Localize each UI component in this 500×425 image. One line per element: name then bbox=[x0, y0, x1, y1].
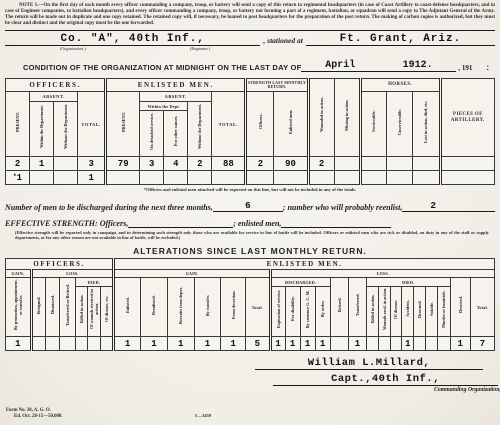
reenlist-count-field: 2 bbox=[402, 200, 495, 212]
col-dismissed: Dismissed. bbox=[45, 278, 59, 337]
cell bbox=[246, 171, 274, 185]
col-strength-officers: Officers. bbox=[246, 92, 274, 157]
form-number: Form No. 30, A. G. O. Ed. Oct. 28-15—50,… bbox=[6, 408, 63, 419]
col-recruits-depot: Recruits from depot. bbox=[167, 278, 194, 337]
cell: 4 bbox=[164, 157, 188, 171]
cell bbox=[437, 337, 450, 351]
col-gain-total: Total. bbox=[245, 278, 270, 337]
cell bbox=[330, 337, 348, 351]
form-number-line1: Form No. 30, A. G. O. bbox=[6, 408, 51, 413]
cell bbox=[88, 337, 101, 351]
cell: 1 bbox=[114, 337, 141, 351]
col-wounded: Wounded in action. bbox=[308, 79, 334, 157]
cell bbox=[101, 337, 114, 351]
cell: 1 bbox=[450, 337, 470, 351]
col-detached-service: On detached service. bbox=[140, 111, 164, 157]
col-officers-present: PRESENT. bbox=[6, 92, 30, 157]
cell bbox=[367, 337, 379, 351]
col-off-wounds: Of wounds received in action. bbox=[88, 287, 101, 337]
alterations-heading: ALTERATIONS SINCE LAST MONTHLY RETURN. bbox=[5, 246, 495, 256]
col-horses-serviceable: Serviceable. bbox=[360, 92, 386, 157]
col-exp-service: Expiration of service. bbox=[270, 287, 285, 337]
effective-strength-label: EFFECTIVE STRENGTH: Officers, bbox=[5, 219, 128, 228]
scanned-form-page: NOTE 1.—On the first day of each month e… bbox=[0, 0, 500, 425]
alt-officers-gain-header: GAIN. bbox=[6, 270, 32, 278]
col-transferred-retired: Transferred or Retired. bbox=[59, 278, 75, 337]
col-horses-lost: Lost in action, died, etc. bbox=[412, 92, 440, 157]
col-by-transfer: By transfer. bbox=[194, 278, 221, 337]
cell: *1 bbox=[6, 171, 30, 185]
alterations-values-row: 1 1 1 1 1 1 5 1 1 1 1 1 1 1 bbox=[6, 337, 495, 351]
cell: 1 bbox=[348, 337, 366, 351]
cell: 79 bbox=[106, 157, 140, 171]
col-en-wounds: Wounds recd. in action. bbox=[378, 287, 390, 337]
cell bbox=[212, 171, 246, 185]
cell bbox=[45, 337, 59, 351]
cell bbox=[386, 157, 412, 171]
alt-discharged-header: DISCHARGED. bbox=[270, 278, 330, 287]
heading-colon: : bbox=[472, 63, 495, 72]
effective-enlisted-label: ; enlisted men, bbox=[233, 219, 281, 228]
alt-officers-died-header: DIED. bbox=[75, 278, 114, 287]
cell bbox=[334, 157, 360, 171]
col-sentence-gcm: By sentence G. C. M. bbox=[300, 287, 315, 337]
cell bbox=[106, 171, 140, 185]
cell: 1 bbox=[6, 337, 32, 351]
col-officers-without-dept: Without the Department. bbox=[54, 102, 78, 157]
cell bbox=[390, 337, 402, 351]
cell: 3 bbox=[140, 157, 164, 171]
col-horses-unserviceable: Unserviceable. bbox=[386, 92, 412, 157]
col-group-officers-absent: ABSENT. bbox=[30, 92, 78, 102]
cell: 2 bbox=[6, 157, 30, 171]
cell: 5 bbox=[245, 337, 270, 351]
condition-date-field: April 1912. bbox=[301, 60, 456, 72]
col-missing: Missing in action. bbox=[334, 79, 360, 157]
col-suicide: Suicide. bbox=[425, 287, 437, 337]
discharge-line: Number of men to be discharged during th… bbox=[5, 200, 495, 212]
cell bbox=[360, 171, 386, 185]
discharge-count-field: 6 bbox=[213, 200, 283, 212]
col-off-gain-promotion: By promotion, appointment, or transfer. bbox=[6, 278, 32, 337]
col-by-order: By order. bbox=[315, 287, 330, 337]
print-code: 5—3459 bbox=[195, 413, 211, 418]
form-instruction-note: NOTE 1.—On the first day of each month e… bbox=[5, 3, 495, 27]
signature-name: William L.Millard, bbox=[255, 357, 483, 370]
col-murder: Murder or homicide. bbox=[437, 287, 450, 337]
condition-row-attached: *1 1 bbox=[6, 171, 495, 185]
col-off-disease: Of disease, etc. bbox=[101, 287, 114, 337]
cell bbox=[378, 337, 390, 351]
condition-table: OFFICERS. ENLISTED MEN. STRENGTH LAST MO… bbox=[5, 78, 495, 185]
cell bbox=[412, 157, 440, 171]
missing-label: Missing in action. bbox=[344, 79, 349, 151]
reenlist-label: ; number who will probably reenlist, bbox=[283, 203, 403, 212]
col-group-officers: OFFICERS. bbox=[6, 79, 106, 92]
col-group-horses: HORSES. bbox=[360, 79, 440, 92]
cell: 2 bbox=[246, 157, 274, 171]
cell: 1 bbox=[167, 337, 194, 351]
alt-group-enlisted: ENLISTED MEN. bbox=[114, 259, 495, 270]
organization-captions: (Organization.) (Regiment.) bbox=[5, 46, 495, 53]
col-group-enlisted: ENLISTED MEN. bbox=[106, 79, 246, 92]
col-transferred: Transferred. bbox=[348, 278, 366, 337]
cell: 1 bbox=[30, 157, 54, 171]
alt-enlisted-loss-header: LOSS. bbox=[270, 270, 494, 278]
cell bbox=[308, 171, 334, 185]
wounded-label: Wounded in action. bbox=[319, 79, 324, 151]
cell: 1 bbox=[402, 337, 414, 351]
stationed-at-label: , stationed at bbox=[260, 36, 305, 46]
signature-block: William L.Millard, Capt.,40th Inf., Comm… bbox=[255, 357, 483, 393]
col-enlisted-present: PRESENT. bbox=[106, 92, 140, 157]
col-group-within-dept: Within the Dept. bbox=[140, 102, 188, 111]
alt-enlisted-died-header: DIED. bbox=[367, 278, 451, 287]
cell bbox=[440, 157, 494, 171]
cell bbox=[386, 171, 412, 185]
discharge-label: Number of men to be discharged during th… bbox=[5, 203, 213, 212]
col-en-killed: Killed in action. bbox=[367, 287, 379, 337]
cell: 1 bbox=[78, 171, 106, 185]
col-drowned: Drowned. bbox=[414, 287, 426, 337]
cell: 1 bbox=[221, 337, 246, 351]
cell: 2 bbox=[188, 157, 212, 171]
cell bbox=[188, 171, 212, 185]
form-number-line2: Ed. Oct. 28-15—50,000. bbox=[6, 414, 63, 419]
cell bbox=[54, 157, 78, 171]
alt-group-officers: OFFICERS. bbox=[6, 259, 114, 270]
cell: 1 bbox=[194, 337, 221, 351]
cell: 3 bbox=[78, 157, 106, 171]
col-group-strength: STRENGTH LAST MONTHLY RETURN. bbox=[246, 79, 308, 92]
cell: 90 bbox=[274, 157, 308, 171]
cell bbox=[274, 171, 308, 185]
organization-line: Co. "A", 40th Inf., , stationed at Ft. G… bbox=[5, 33, 495, 46]
col-enlisted-without-dept: Without the Department. bbox=[188, 102, 212, 157]
regiment-caption: (Regiment.) bbox=[190, 46, 210, 51]
signature-role-label: Commanding Organization, bbox=[255, 387, 500, 393]
cell: 1 bbox=[141, 337, 168, 351]
alterations-table: OFFICERS. ENLISTED MEN. GAIN. LOSS. GAIN… bbox=[5, 258, 495, 351]
effective-enlisted-field bbox=[281, 227, 391, 228]
attached-footnote: *Officers and enlisted men attached will… bbox=[5, 187, 495, 192]
col-reenlisted: Reenlisted. bbox=[141, 278, 168, 337]
month-value: April bbox=[325, 60, 355, 71]
cell bbox=[412, 171, 440, 185]
year-value: 1912. bbox=[403, 60, 433, 71]
cell bbox=[360, 157, 386, 171]
cell bbox=[440, 171, 494, 185]
col-en-disease: Of disease. bbox=[390, 287, 402, 337]
col-other-causes: For other causes. bbox=[164, 111, 188, 157]
effective-strength-note: (Effective strength will be reported onl… bbox=[5, 230, 495, 240]
cell: 1 bbox=[315, 337, 330, 351]
col-officers-within-dept: Within the Department. bbox=[30, 102, 54, 157]
cell: 1 bbox=[285, 337, 300, 351]
col-off-killed: Killed in action. bbox=[75, 287, 88, 337]
col-enlisted: Enlisted. bbox=[114, 278, 141, 337]
year-printed-label: , 191 bbox=[456, 64, 472, 72]
col-from-desertion: From desertion. bbox=[221, 278, 246, 337]
divider-rule bbox=[5, 30, 495, 31]
cell bbox=[425, 337, 437, 351]
alt-officers-loss-header: LOSS. bbox=[31, 270, 114, 278]
organization-field: Co. "A", 40th Inf., bbox=[5, 33, 260, 46]
station-field: Ft. Grant, Ariz. bbox=[306, 33, 495, 46]
col-enlisted-total: TOTAL. bbox=[212, 92, 246, 157]
cell bbox=[31, 337, 45, 351]
alt-enlisted-gain-header: GAIN. bbox=[114, 270, 270, 278]
cell bbox=[59, 337, 75, 351]
effective-strength-line: EFFECTIVE STRENGTH: Officers, ; enlisted… bbox=[5, 219, 495, 228]
col-resigned: Resigned. bbox=[31, 278, 45, 337]
col-accident: Accident. bbox=[402, 287, 414, 337]
condition-row-main: 2 1 3 79 3 4 2 88 2 90 2 bbox=[6, 157, 495, 171]
cell: 1 bbox=[300, 337, 315, 351]
effective-officers-field bbox=[128, 227, 233, 228]
cell: 2 bbox=[308, 157, 334, 171]
cell bbox=[414, 337, 426, 351]
col-group-enlisted-absent: ABSENT. bbox=[140, 92, 212, 102]
col-loss-total: Total. bbox=[470, 278, 494, 337]
cell bbox=[75, 337, 88, 351]
cell bbox=[334, 171, 360, 185]
cell bbox=[54, 171, 78, 185]
col-deserted: Deserted. bbox=[450, 278, 470, 337]
col-disability: For disability. bbox=[285, 287, 300, 337]
cell bbox=[140, 171, 164, 185]
organization-caption: (Organization.) bbox=[60, 46, 86, 51]
cell: 88 bbox=[212, 157, 246, 171]
cell: 7 bbox=[470, 337, 494, 351]
cell bbox=[30, 171, 54, 185]
cell: 1 bbox=[270, 337, 285, 351]
cell bbox=[164, 171, 188, 185]
condition-heading-label: CONDITION OF THE ORGANIZATION AT MIDNIGH… bbox=[5, 63, 301, 72]
col-strength-enlisted: Enlisted men. bbox=[274, 92, 308, 157]
col-officers-total: TOTAL. bbox=[78, 92, 106, 157]
condition-heading: CONDITION OF THE ORGANIZATION AT MIDNIGH… bbox=[5, 60, 495, 72]
col-retired: Retired. bbox=[330, 278, 348, 337]
signature-rank: Capt.,40th Inf., bbox=[273, 373, 498, 386]
col-pieces: PIECES OF ARTILLERY. bbox=[440, 79, 494, 157]
